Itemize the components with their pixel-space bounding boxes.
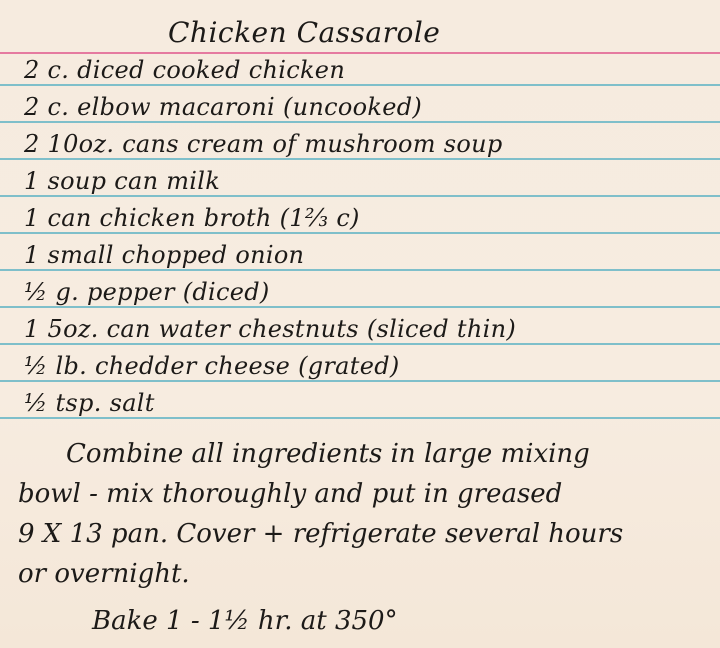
bake-instructions: Bake 1 - 1½ hr. at 350° — [92, 606, 398, 636]
ruled-line — [0, 306, 720, 308]
instruction-line: 9 X 13 pan. Cover + refrigerate several … — [18, 514, 708, 554]
ingredient-item: 1 soup can milk — [24, 167, 220, 195]
ruled-line — [0, 121, 720, 123]
header-rule — [0, 52, 720, 54]
instruction-line: Combine all ingredients in large mixing — [18, 434, 708, 474]
ingredient-item: 1 5oz. can water chestnuts (sliced thin) — [24, 315, 516, 343]
ingredient-item: ½ lb. chedder cheese (grated) — [24, 352, 400, 380]
ruled-line — [0, 380, 720, 382]
instruction-line: bowl - mix thoroughly and put in greased — [18, 474, 708, 514]
ruled-line — [0, 343, 720, 345]
ruled-line — [0, 417, 720, 419]
ruled-line — [0, 158, 720, 160]
ruled-line — [0, 232, 720, 234]
instruction-line: or overnight. — [18, 554, 708, 594]
recipe-card: Chicken Cassarole 2 c. diced cooked chic… — [0, 0, 720, 648]
ruled-line — [0, 84, 720, 86]
instructions: Combine all ingredients in large mixing … — [18, 434, 708, 594]
ingredient-item: 2 c. diced cooked chicken — [24, 56, 345, 84]
ingredient-item: 2 c. elbow macaroni (uncooked) — [24, 93, 422, 121]
recipe-title: Chicken Cassarole — [168, 16, 440, 49]
ingredient-item: 1 can chicken broth (1⅔ c) — [24, 204, 360, 232]
ruled-line — [0, 195, 720, 197]
ingredient-item: 1 small chopped onion — [24, 241, 304, 269]
ruled-line — [0, 269, 720, 271]
ingredient-item: 2 10oz. cans cream of mushroom soup — [24, 130, 503, 158]
ingredient-item: ½ tsp. salt — [24, 389, 155, 417]
ingredient-item: ½ g. pepper (diced) — [24, 278, 270, 306]
